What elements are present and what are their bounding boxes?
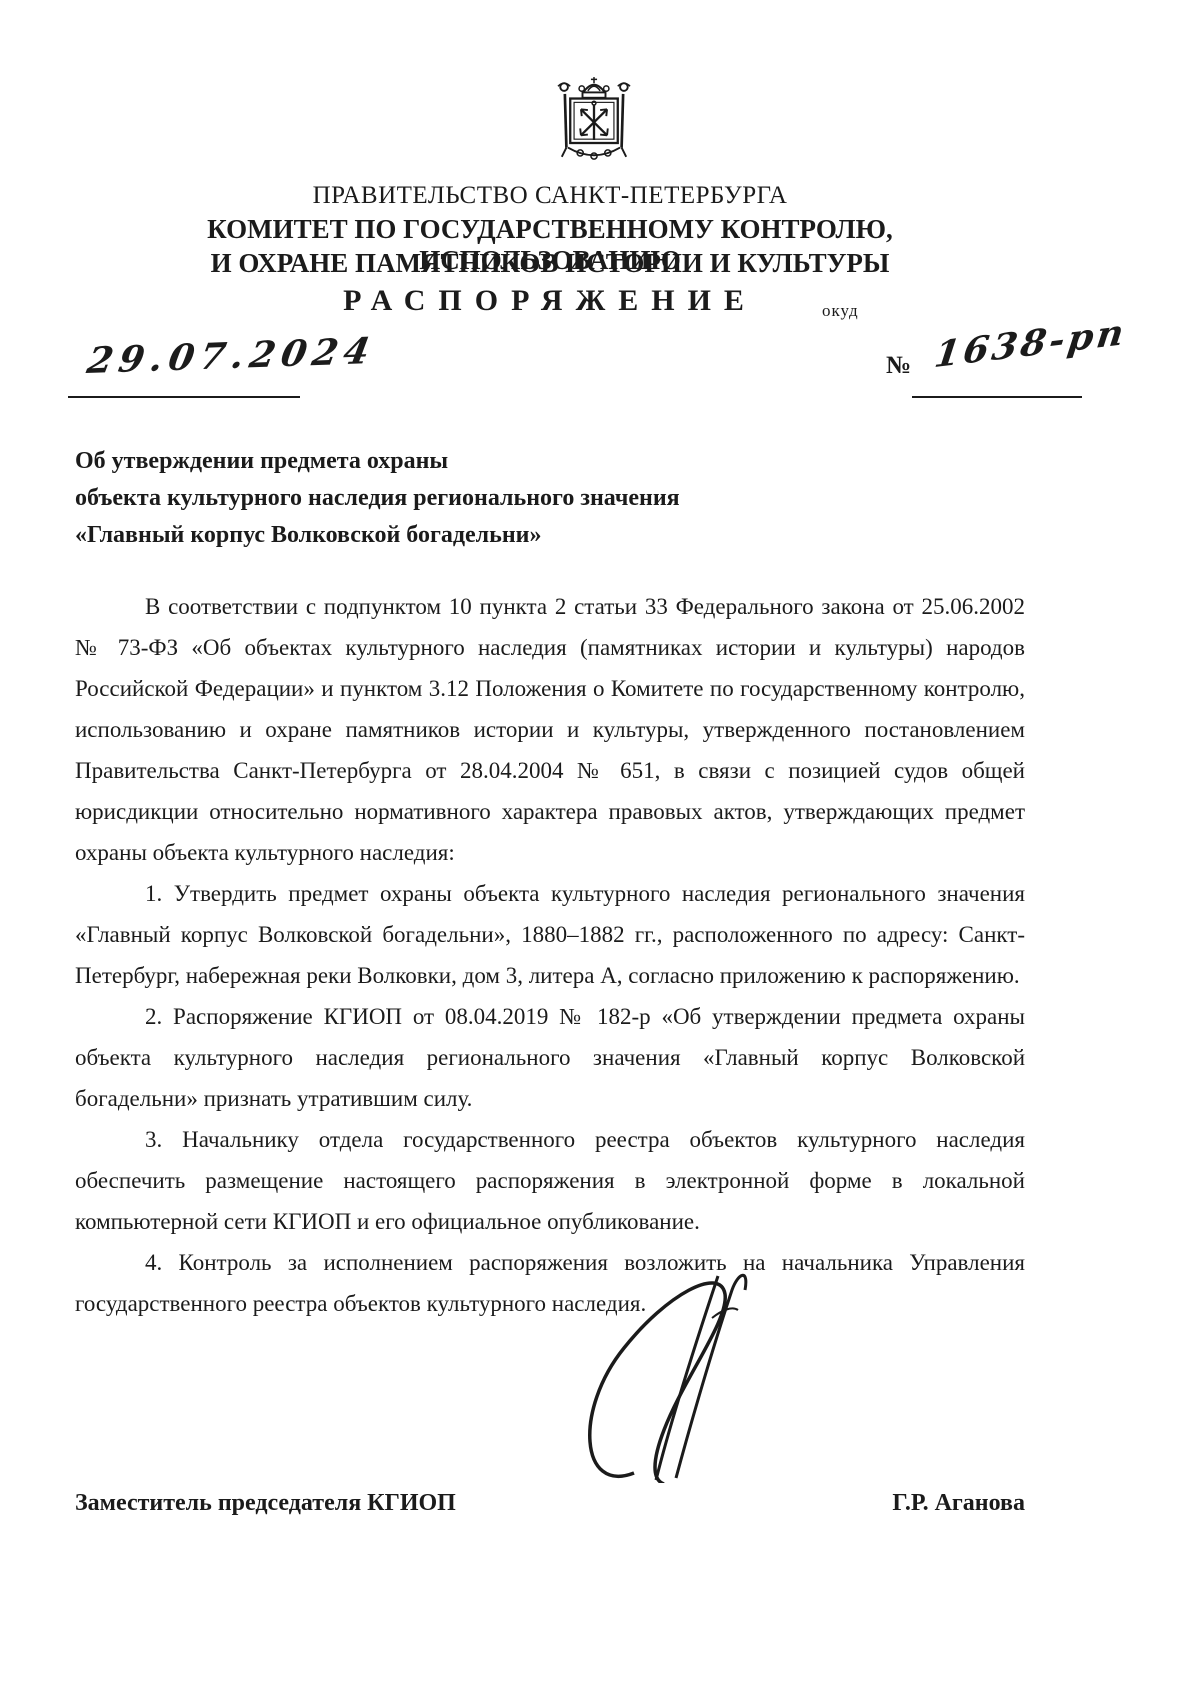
body-paragraph-item4: 4. Контроль за исполнением распоряжения … — [75, 1242, 1025, 1324]
signoff-row: Заместитель председателя КГИОП Г.Р. Аган… — [75, 1490, 1025, 1517]
body-paragraph-item3: 3. Начальнику отдела государственного ре… — [75, 1119, 1025, 1242]
okud-label: окуд — [822, 301, 859, 321]
body-paragraph-preamble: В соответствии с подпунктом 10 пункта 2 … — [75, 586, 1025, 873]
number-underline — [912, 396, 1082, 398]
document-type-heading: РАСПОРЯЖЕНИЕ — [75, 284, 1025, 318]
number-sign: № — [886, 352, 911, 380]
decree-document-page: ПРАВИТЕЛЬСТВО САНКТ-ПЕТЕРБУРГА КОМИТЕТ П… — [0, 0, 1200, 1697]
decree-title-line3: «Главный корпус Волковской богадельни» — [75, 517, 1025, 554]
signer-name: Г.Р. Аганова — [892, 1490, 1025, 1517]
handwritten-number: 1638-рп — [932, 311, 1129, 376]
committee-name-line2: И ОХРАНЕ ПАМЯТНИКОВ ИСТОРИИ И КУЛЬТУРЫ — [75, 248, 1025, 279]
decree-body: В соответствии с подпунктом 10 пункта 2 … — [75, 586, 1025, 1324]
spb-coat-of-arms-icon — [548, 72, 640, 168]
handwritten-signature-icon — [572, 1258, 797, 1483]
body-paragraph-item1: 1. Утвердить предмет охраны объекта куль… — [75, 873, 1025, 996]
government-name: ПРАВИТЕЛЬСТВО САНКТ-ПЕТЕРБУРГА — [75, 182, 1025, 210]
decree-title: Об утверждении предмета охраны объекта к… — [75, 443, 1025, 554]
handwritten-date: 29.07.2024 — [84, 330, 379, 382]
body-paragraph-item2: 2. Распоряжение КГИОП от 08.04.2019 № 18… — [75, 996, 1025, 1119]
date-underline — [68, 396, 300, 398]
signer-position: Заместитель председателя КГИОП — [75, 1490, 456, 1517]
decree-title-line2: объекта культурного наследия регионально… — [75, 480, 1025, 517]
decree-title-line1: Об утверждении предмета охраны — [75, 443, 1025, 480]
